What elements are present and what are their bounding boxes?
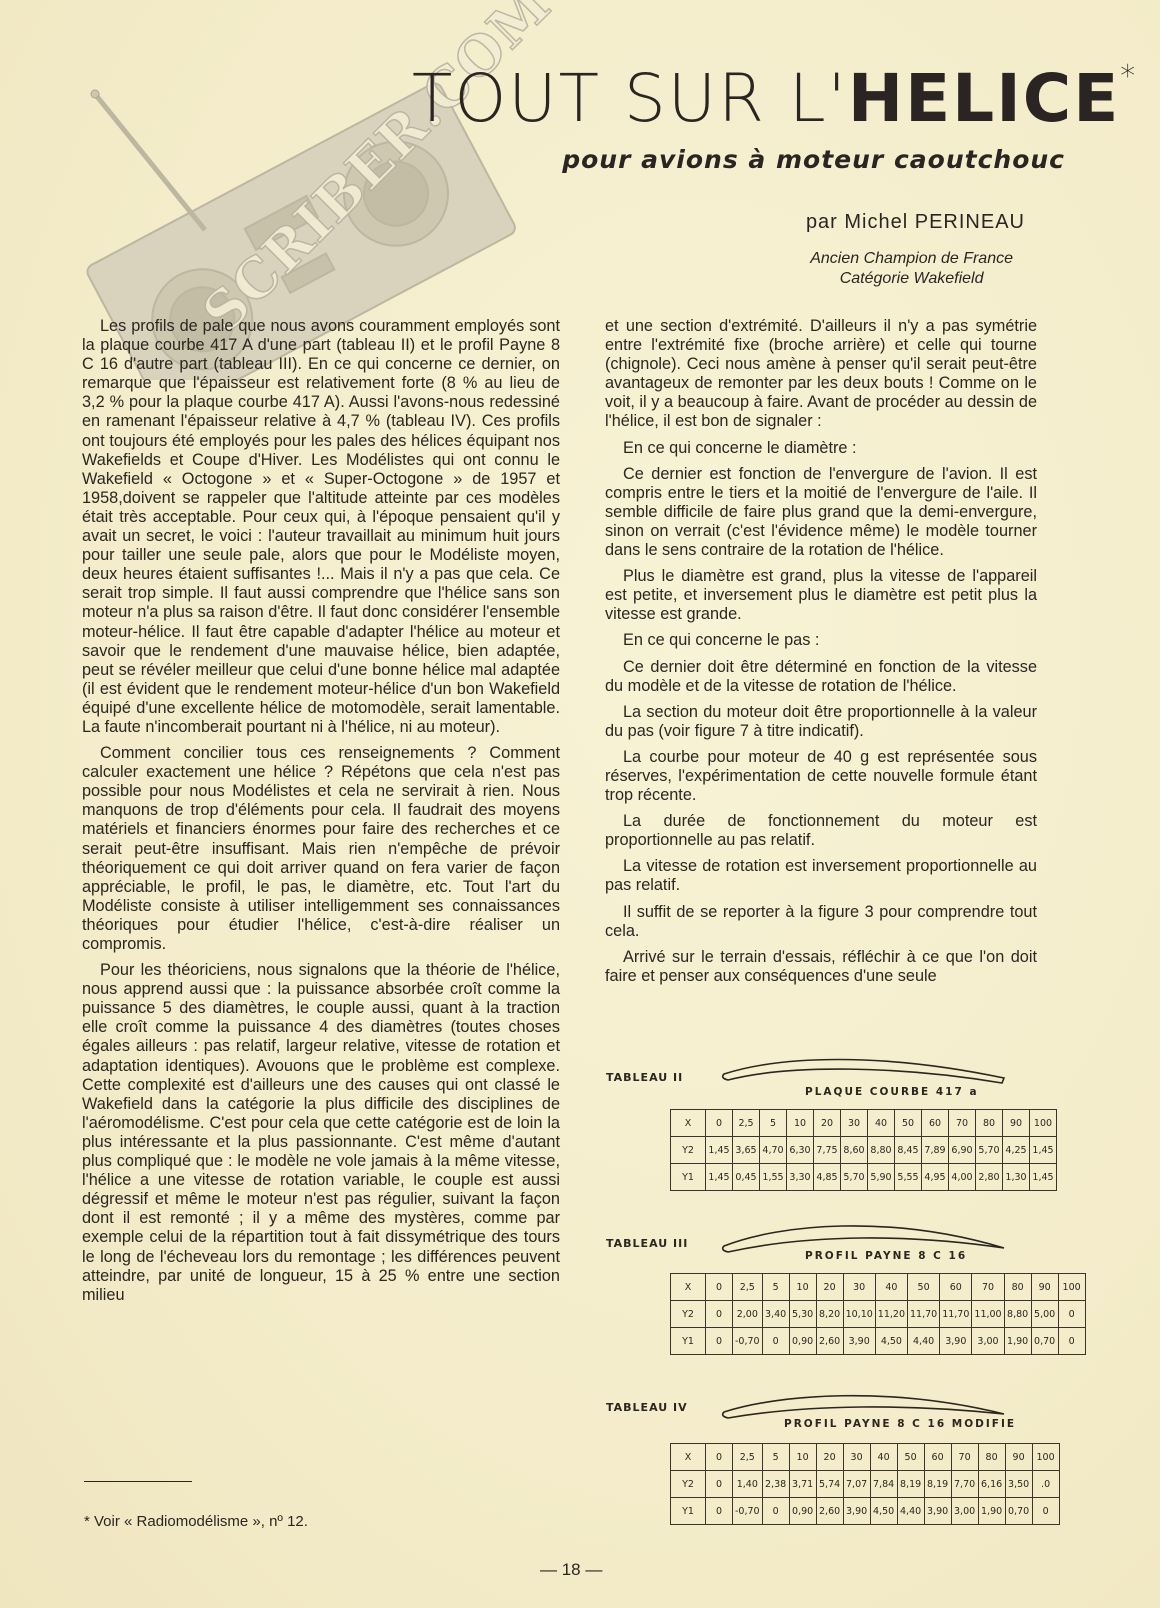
table-cell: 40	[868, 1110, 895, 1137]
row-header-cell: Y1	[671, 1328, 706, 1355]
table-cell: 7,89	[922, 1137, 949, 1164]
table-cell: 3,50	[1005, 1471, 1032, 1498]
table-cell: 1,45	[1030, 1164, 1057, 1191]
paragraph: Il suffit de se reporter à la figure 3 p…	[605, 903, 1037, 941]
table-row: X02,55102030405060708090100	[671, 1274, 1086, 1301]
table-cell: 7,70	[951, 1471, 978, 1498]
table-cell: 60	[922, 1110, 949, 1137]
table-cell: 6,90	[949, 1137, 976, 1164]
table-cell: 5	[762, 1444, 789, 1471]
table-cell: 5,70	[976, 1137, 1003, 1164]
table-cell: 10,10	[843, 1301, 875, 1328]
magazine-page: SCRIBER.COM TOUT SUR L'HELICE* pour avio…	[0, 0, 1160, 1608]
table-cell: 90	[1005, 1444, 1032, 1471]
table-row: X02,55102030405060708090100	[671, 1444, 1060, 1471]
table-cell: 20	[816, 1444, 843, 1471]
paragraph: En ce qui concerne le pas :	[605, 631, 1037, 650]
table-row: Y11,450,451,553,304,855,705,905,554,954,…	[671, 1164, 1057, 1191]
table-row: Y202,003,405,308,2010,1011,2011,7011,701…	[671, 1301, 1086, 1328]
table-cell: 6,30	[787, 1137, 814, 1164]
paragraph: En ce qui concerne le diamètre :	[605, 439, 1037, 458]
paragraph: La vitesse de rotation est inversement p…	[605, 857, 1037, 895]
row-header-cell: X	[671, 1444, 706, 1471]
profile-table: X02,55102030405060708090100Y202,003,405,…	[670, 1273, 1086, 1355]
table-cell: 80	[1004, 1274, 1031, 1301]
table-cell: 8,45	[895, 1137, 922, 1164]
table-cell: 30	[843, 1444, 870, 1471]
table-cell: 8,19	[924, 1471, 951, 1498]
table-cell: 2,00	[733, 1301, 763, 1328]
footnote: * Voir « Radiomodélisme », nº 12.	[84, 1513, 308, 1530]
table-cell: 60	[924, 1444, 951, 1471]
table-cell: 0	[762, 1498, 789, 1525]
table-cell: -0,70	[733, 1328, 763, 1355]
table-cell: 1,45	[706, 1164, 733, 1191]
table-cell: 3,90	[843, 1498, 870, 1525]
table-cell: 7,07	[843, 1471, 870, 1498]
table-cell: 90	[1003, 1110, 1030, 1137]
tableau-label: TABLEAU II	[606, 1071, 683, 1084]
paragraph: La durée de fonctionnement du moteur est…	[605, 812, 1037, 850]
table-cell: 30	[841, 1110, 868, 1137]
table-cell: 4,40	[897, 1498, 924, 1525]
title-light-part: TOUT SUR L'	[412, 60, 848, 137]
table-cell: 40	[870, 1444, 897, 1471]
table-cell: 3,40	[762, 1301, 789, 1328]
table-cell: 3,90	[843, 1328, 875, 1355]
table-cell: 11,70	[940, 1301, 972, 1328]
table-cell: 7,75	[814, 1137, 841, 1164]
table-cell: 0	[706, 1110, 733, 1137]
footnote-marker: *	[1120, 59, 1137, 94]
row-header-cell: X	[671, 1110, 706, 1137]
tableau-label: TABLEAU IV	[606, 1401, 688, 1414]
table-cell: 3,65	[733, 1137, 760, 1164]
table-cell: 5,55	[895, 1164, 922, 1191]
title-bold-part: HELICE	[848, 60, 1120, 137]
table-cell: 8,20	[816, 1301, 843, 1328]
table-cell: 2,5	[733, 1274, 763, 1301]
table-row: Y10-0,7000,902,603,904,504,403,903,001,9…	[671, 1328, 1086, 1355]
table-cell: 1,45	[706, 1137, 733, 1164]
table-cell: 4,40	[908, 1328, 940, 1355]
table-cell: 6,16	[978, 1471, 1005, 1498]
table-cell: 0	[706, 1498, 733, 1525]
tableau-label: TABLEAU III	[606, 1237, 688, 1250]
table-cell: 50	[897, 1444, 924, 1471]
paragraph: La section du moteur doit être proportio…	[605, 703, 1037, 741]
table-row: Y21,453,654,706,307,758,608,808,457,896,…	[671, 1137, 1057, 1164]
table-cell: 80	[976, 1110, 1003, 1137]
table-cell: 4,50	[870, 1498, 897, 1525]
table-cell: 10	[789, 1274, 816, 1301]
paragraph: Ce dernier est fonction de l'envergure d…	[605, 465, 1037, 560]
table-cell: 0	[1032, 1498, 1059, 1525]
table-cell: 4,50	[875, 1328, 907, 1355]
table-cell: 1,30	[1003, 1164, 1030, 1191]
table-row: Y201,402,383,715,747,077,848,198,197,706…	[671, 1471, 1060, 1498]
table-cell: 10	[787, 1110, 814, 1137]
paragraph: Pour les théoriciens, nous signalons que…	[82, 961, 560, 1305]
table-cell: 70	[951, 1444, 978, 1471]
profile-name: PLAQUE COURBE 417 a	[805, 1086, 979, 1098]
table-cell: 4,85	[814, 1164, 841, 1191]
paragraph: Les profils de pale que nous avons coura…	[82, 317, 560, 737]
table-cell: 5,00	[1031, 1301, 1058, 1328]
paragraph: La courbe pour moteur de 40 g est représ…	[605, 748, 1037, 805]
table-cell: 2,80	[976, 1164, 1003, 1191]
table-cell: 5,70	[841, 1164, 868, 1191]
table-cell: 40	[875, 1274, 907, 1301]
table-cell: 0,90	[789, 1498, 816, 1525]
table-cell: 0	[706, 1328, 733, 1355]
row-header-cell: Y1	[671, 1498, 706, 1525]
table-cell: 11,20	[875, 1301, 907, 1328]
table-cell: 2,5	[733, 1110, 760, 1137]
table-row: X02,55102030405060708090100	[671, 1110, 1057, 1137]
profile-table: X02,55102030405060708090100Y21,453,654,7…	[670, 1109, 1057, 1191]
profile-table: X02,55102030405060708090100Y201,402,383,…	[670, 1443, 1060, 1525]
table-cell: 2,5	[733, 1444, 763, 1471]
table-cell: .0	[1032, 1471, 1059, 1498]
table-cell: 0,90	[789, 1328, 816, 1355]
table-cell: 70	[949, 1110, 976, 1137]
table-cell: 0,45	[733, 1164, 760, 1191]
table-cell: 1,55	[760, 1164, 787, 1191]
author-byline: par Michel PERINEAU	[806, 211, 1025, 234]
right-column: et une section d'extrémité. D'ailleurs i…	[605, 317, 1037, 993]
table-cell: 1,45	[1030, 1137, 1057, 1164]
table-row: Y10-0,7000,902,603,904,504,403,903,001,9…	[671, 1498, 1060, 1525]
row-header-cell: Y2	[671, 1471, 706, 1498]
paragraph: Plus le diamètre est grand, plus la vite…	[605, 567, 1037, 624]
article-subtitle: pour avions à moteur caoutchouc	[562, 145, 1065, 174]
row-header-cell: Y1	[671, 1164, 706, 1191]
table-cell: 80	[978, 1444, 1005, 1471]
table-cell: 100	[1032, 1444, 1059, 1471]
table-cell: 20	[814, 1110, 841, 1137]
table-cell: 20	[816, 1274, 843, 1301]
table-cell: 30	[843, 1274, 875, 1301]
page-number: — 18 —	[540, 1560, 602, 1580]
table-cell: 8,80	[868, 1137, 895, 1164]
table-cell: 50	[908, 1274, 940, 1301]
table-cell: 0	[706, 1274, 733, 1301]
paragraph: Comment concilier tous ces renseignement…	[82, 744, 560, 954]
table-cell: 60	[940, 1274, 972, 1301]
table-cell: 10	[789, 1444, 816, 1471]
profile-name: PROFIL PAYNE 8 C 16 MODIFIE	[784, 1418, 1016, 1430]
table-cell: 8,60	[841, 1137, 868, 1164]
table-cell: 4,00	[949, 1164, 976, 1191]
table-cell: 1,90	[978, 1498, 1005, 1525]
row-header-cell: Y2	[671, 1137, 706, 1164]
table-cell: 3,00	[972, 1328, 1004, 1355]
table-cell: 50	[895, 1110, 922, 1137]
table-cell: 90	[1031, 1274, 1058, 1301]
table-cell: 5,74	[816, 1471, 843, 1498]
table-cell: 3,30	[787, 1164, 814, 1191]
table-cell: 8,80	[1004, 1301, 1031, 1328]
table-cell: 100	[1030, 1110, 1057, 1137]
credential-line: Ancien Champion de France	[810, 249, 1013, 269]
table-cell: 4,25	[1003, 1137, 1030, 1164]
footnote-divider	[84, 1481, 192, 1482]
paragraph: et une section d'extrémité. D'ailleurs i…	[605, 317, 1037, 432]
table-cell: 3,71	[789, 1471, 816, 1498]
row-header-cell: Y2	[671, 1301, 706, 1328]
table-cell: 0,70	[1005, 1498, 1032, 1525]
table-cell: 5,30	[789, 1301, 816, 1328]
table-cell: 0,70	[1031, 1328, 1058, 1355]
table-cell: 1,90	[1004, 1328, 1031, 1355]
table-cell: 0	[706, 1301, 733, 1328]
table-cell: 0	[1058, 1328, 1085, 1355]
row-header-cell: X	[671, 1274, 706, 1301]
table-cell: 5	[760, 1110, 787, 1137]
airfoil-profile-drawing	[720, 1382, 1010, 1422]
paragraph: Ce dernier doit être déterminé en foncti…	[605, 658, 1037, 696]
table-cell: 4,95	[922, 1164, 949, 1191]
table-cell: 11,00	[972, 1301, 1004, 1328]
table-cell: 7,84	[870, 1471, 897, 1498]
table-cell: 0	[762, 1328, 789, 1355]
table-cell: 4,70	[760, 1137, 787, 1164]
table-cell: 0	[1058, 1301, 1085, 1328]
author-credentials: Ancien Champion de France Catégorie Wake…	[810, 249, 1013, 289]
table-cell: -0,70	[733, 1498, 763, 1525]
table-cell: 0	[706, 1471, 733, 1498]
table-cell: 0	[706, 1444, 733, 1471]
table-cell: 70	[972, 1274, 1004, 1301]
left-column: Les profils de pale que nous avons coura…	[82, 317, 560, 1312]
credential-line: Catégorie Wakefield	[810, 269, 1013, 289]
table-cell: 3,00	[951, 1498, 978, 1525]
table-cell: 2,60	[816, 1498, 843, 1525]
table-cell: 3,90	[924, 1498, 951, 1525]
table-cell: 2,38	[762, 1471, 789, 1498]
table-cell: 3,90	[940, 1328, 972, 1355]
paragraph: Arrivé sur le terrain d'essais, réfléchi…	[605, 948, 1037, 986]
table-cell: 11,70	[908, 1301, 940, 1328]
table-cell: 2,60	[816, 1328, 843, 1355]
table-cell: 1,40	[733, 1471, 763, 1498]
table-cell: 5,90	[868, 1164, 895, 1191]
profile-name: PROFIL PAYNE 8 C 16	[805, 1250, 967, 1262]
table-cell: 5	[762, 1274, 789, 1301]
table-cell: 8,19	[897, 1471, 924, 1498]
table-cell: 100	[1058, 1274, 1085, 1301]
article-title: TOUT SUR L'HELICE*	[412, 66, 1137, 132]
